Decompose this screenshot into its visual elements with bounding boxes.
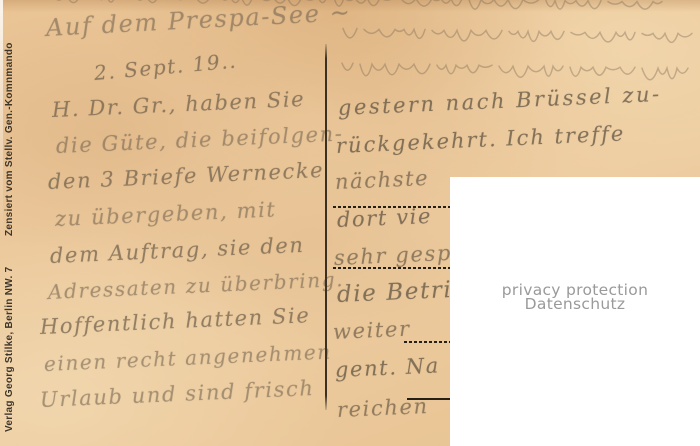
postcard-scan: Zensiert vom Stellv. Gen.-Komnmando Verl… bbox=[0, 0, 700, 446]
censor-strike-line bbox=[333, 206, 458, 208]
censor-strike-line bbox=[404, 341, 456, 343]
message-divider-line bbox=[325, 44, 327, 410]
handwriting-line: zu übergeben, mit bbox=[55, 199, 277, 230]
handwriting-line: gestern nach Brüssel zu- bbox=[338, 84, 662, 119]
handwriting-line: den 3 Briefe Wernecke bbox=[48, 160, 325, 193]
handwriting-line: rückgekehrt. Ich treffe bbox=[336, 123, 626, 157]
handwriting-date: 2. Sept. 19.. bbox=[93, 51, 238, 83]
imprint-publisher-text: Verlag Georg Stilke, Berlin NW. 7 bbox=[4, 242, 22, 432]
handwriting-line: dem Auftrag, sie den bbox=[50, 235, 305, 267]
privacy-overlay-text-de: Datenschutz bbox=[525, 295, 626, 313]
handwriting-line: Hoffentlich hatten Sie bbox=[40, 305, 311, 338]
handwriting-line: einen recht angenehmen bbox=[44, 341, 333, 374]
handwriting-line: weiter bbox=[333, 319, 411, 343]
handwriting-line: gent. Na bbox=[335, 355, 441, 381]
censor-strike-line bbox=[333, 267, 458, 269]
handwriting-line: Adressaten zu überbring. bbox=[48, 269, 345, 302]
handwriting-line: Urlaub und sind frisch bbox=[40, 378, 315, 411]
handwriting-scrawl-flipped bbox=[336, 22, 694, 52]
handwriting-line: die Güte, die beifolgen- bbox=[56, 123, 344, 157]
imprint-censor-text: Zensiert vom Stellv. Gen.-Komnmando bbox=[4, 36, 22, 236]
scan-edge-highlight bbox=[0, 0, 3, 240]
handwriting-line: dort vie bbox=[337, 206, 433, 231]
handwriting-line: nächste bbox=[335, 168, 430, 193]
privacy-overlay: privacy protection Datenschutz bbox=[450, 177, 700, 446]
handwriting-line: H. Dr. Gr., haben Sie bbox=[52, 89, 306, 121]
handwriting-line: die Betri bbox=[336, 279, 452, 307]
